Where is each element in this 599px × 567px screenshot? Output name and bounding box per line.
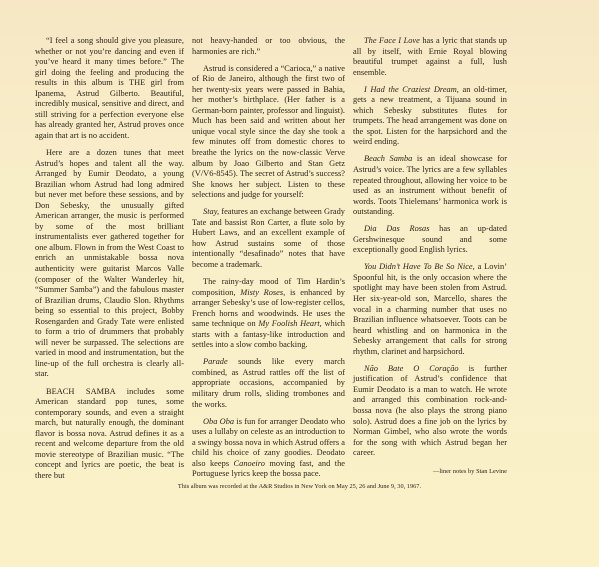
paragraph-text: a Lovin’ Spoonful hit, is the only occas… <box>353 262 507 355</box>
column-2: not heavy-handed or too obvious, the har… <box>192 36 345 488</box>
song-title: You Didn’t Have To Be So Nice, <box>364 262 475 271</box>
paragraph-text: not heavy-handed or too obvious, the har… <box>192 36 345 56</box>
song-title: Dia Das Rosas <box>364 224 429 233</box>
paragraph: “I feel a song should give you pleasure,… <box>35 36 184 141</box>
paragraph-beach-samba: Beach Samba is an ideal showcase for Ast… <box>353 154 507 217</box>
paragraph-dia-das-rosas: Dia Das Rosas has an up-dated Gershwines… <box>353 224 507 256</box>
recording-footnote: This album was recorded at the A&R Studi… <box>0 483 599 490</box>
paragraph-oba-oba: Oba Oba is fun for arranger Deodato who … <box>192 417 345 480</box>
paragraph-misty-roses: The rainy-day mood of Tim Hardin’s compo… <box>192 277 345 351</box>
paragraph-so-nice: You Didn’t Have To Be So Nice, a Lovin’ … <box>353 262 507 357</box>
paragraph-text: is further justification of Astrud’s con… <box>353 364 507 457</box>
song-title: Parade <box>203 357 228 366</box>
liner-notes-columns: “I feel a song should give you pleasure,… <box>35 36 507 488</box>
paragraph-text: features an exchange between Grady Tate … <box>192 207 345 269</box>
song-title: Misty Roses, <box>240 288 285 297</box>
paragraph-stay: Stay, features an exchange between Grady… <box>192 207 345 270</box>
column-3: The Face I Love has a lyric that stands … <box>353 36 507 488</box>
song-title: The Face I Love <box>364 36 420 45</box>
song-title: Stay, <box>203 207 219 216</box>
column-1: “I feel a song should give you pleasure,… <box>35 36 184 488</box>
paragraph-text: Astrud is considered a “Carioca,” a nati… <box>192 64 345 200</box>
paragraph-text: “I feel a song should give you pleasure,… <box>35 36 184 140</box>
paragraph: BEACH SAMBA includes some American stand… <box>35 387 184 482</box>
song-title: Não Bate O Coração <box>364 364 459 373</box>
liner-notes-signature: —liner notes by Stan Levine <box>353 467 507 478</box>
paragraph: Astrud is considered a “Carioca,” a nati… <box>192 64 345 201</box>
paragraph-parade: Parade sounds like every march combined,… <box>192 357 345 410</box>
song-title: Oba Oba <box>203 417 234 426</box>
paragraph-text: is an ideal showcase for Astrud’s voice.… <box>353 154 507 216</box>
paragraph-nao-bate: Não Bate O Coração is further justificat… <box>353 364 507 459</box>
song-title: Canoeiro <box>234 459 265 468</box>
paragraph-text: BEACH SAMBA includes some American stand… <box>35 387 184 480</box>
song-title: My Foolish Heart, <box>258 319 321 328</box>
paragraph: Here are a dozen tunes that meet Astrud’… <box>35 148 184 380</box>
song-title: Beach Samba <box>364 154 412 163</box>
paragraph-text: Here are a dozen tunes that meet Astrud’… <box>35 148 184 378</box>
song-title: I Had the Craziest Dream, <box>364 85 459 94</box>
paragraph-face-i-love: The Face I Love has a lyric that stands … <box>353 36 507 78</box>
paragraph-craziest-dream: I Had the Craziest Dream, an old-timer, … <box>353 85 507 148</box>
paragraph-continuation: not heavy-handed or too obvious, the har… <box>192 36 345 57</box>
